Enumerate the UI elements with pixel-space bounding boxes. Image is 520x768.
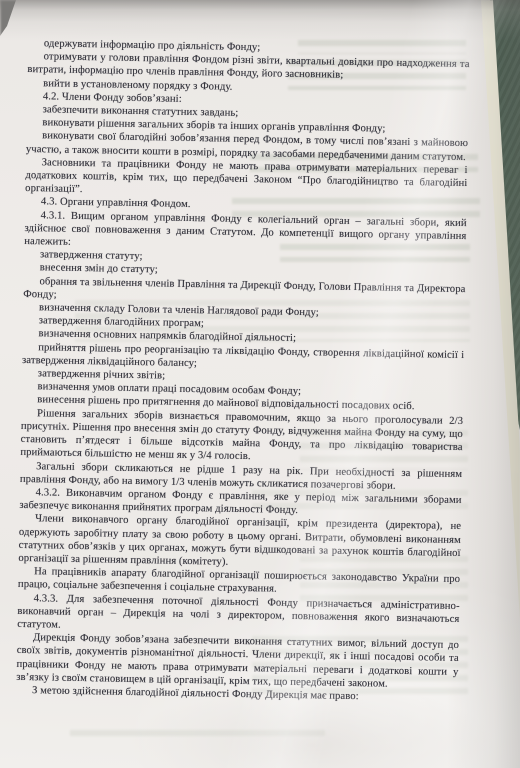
paragraph: Дирекція Фонду зобов’язана забезпечити в…	[16, 631, 459, 692]
top-left-corner-shadow	[0, 0, 22, 40]
ink-showthrough	[70, 730, 325, 742]
page-top-shadow	[0, 0, 520, 40]
paragraph: Рішення загальних зборів визнається прав…	[20, 407, 463, 468]
paragraph: Члени виконавчого органу благодійної орг…	[18, 512, 461, 573]
document-page-photo: одержувати інформацію про діяльність Фон…	[0, 0, 520, 768]
page-text: одержувати інформацію про діяльність Фон…	[16, 37, 470, 705]
